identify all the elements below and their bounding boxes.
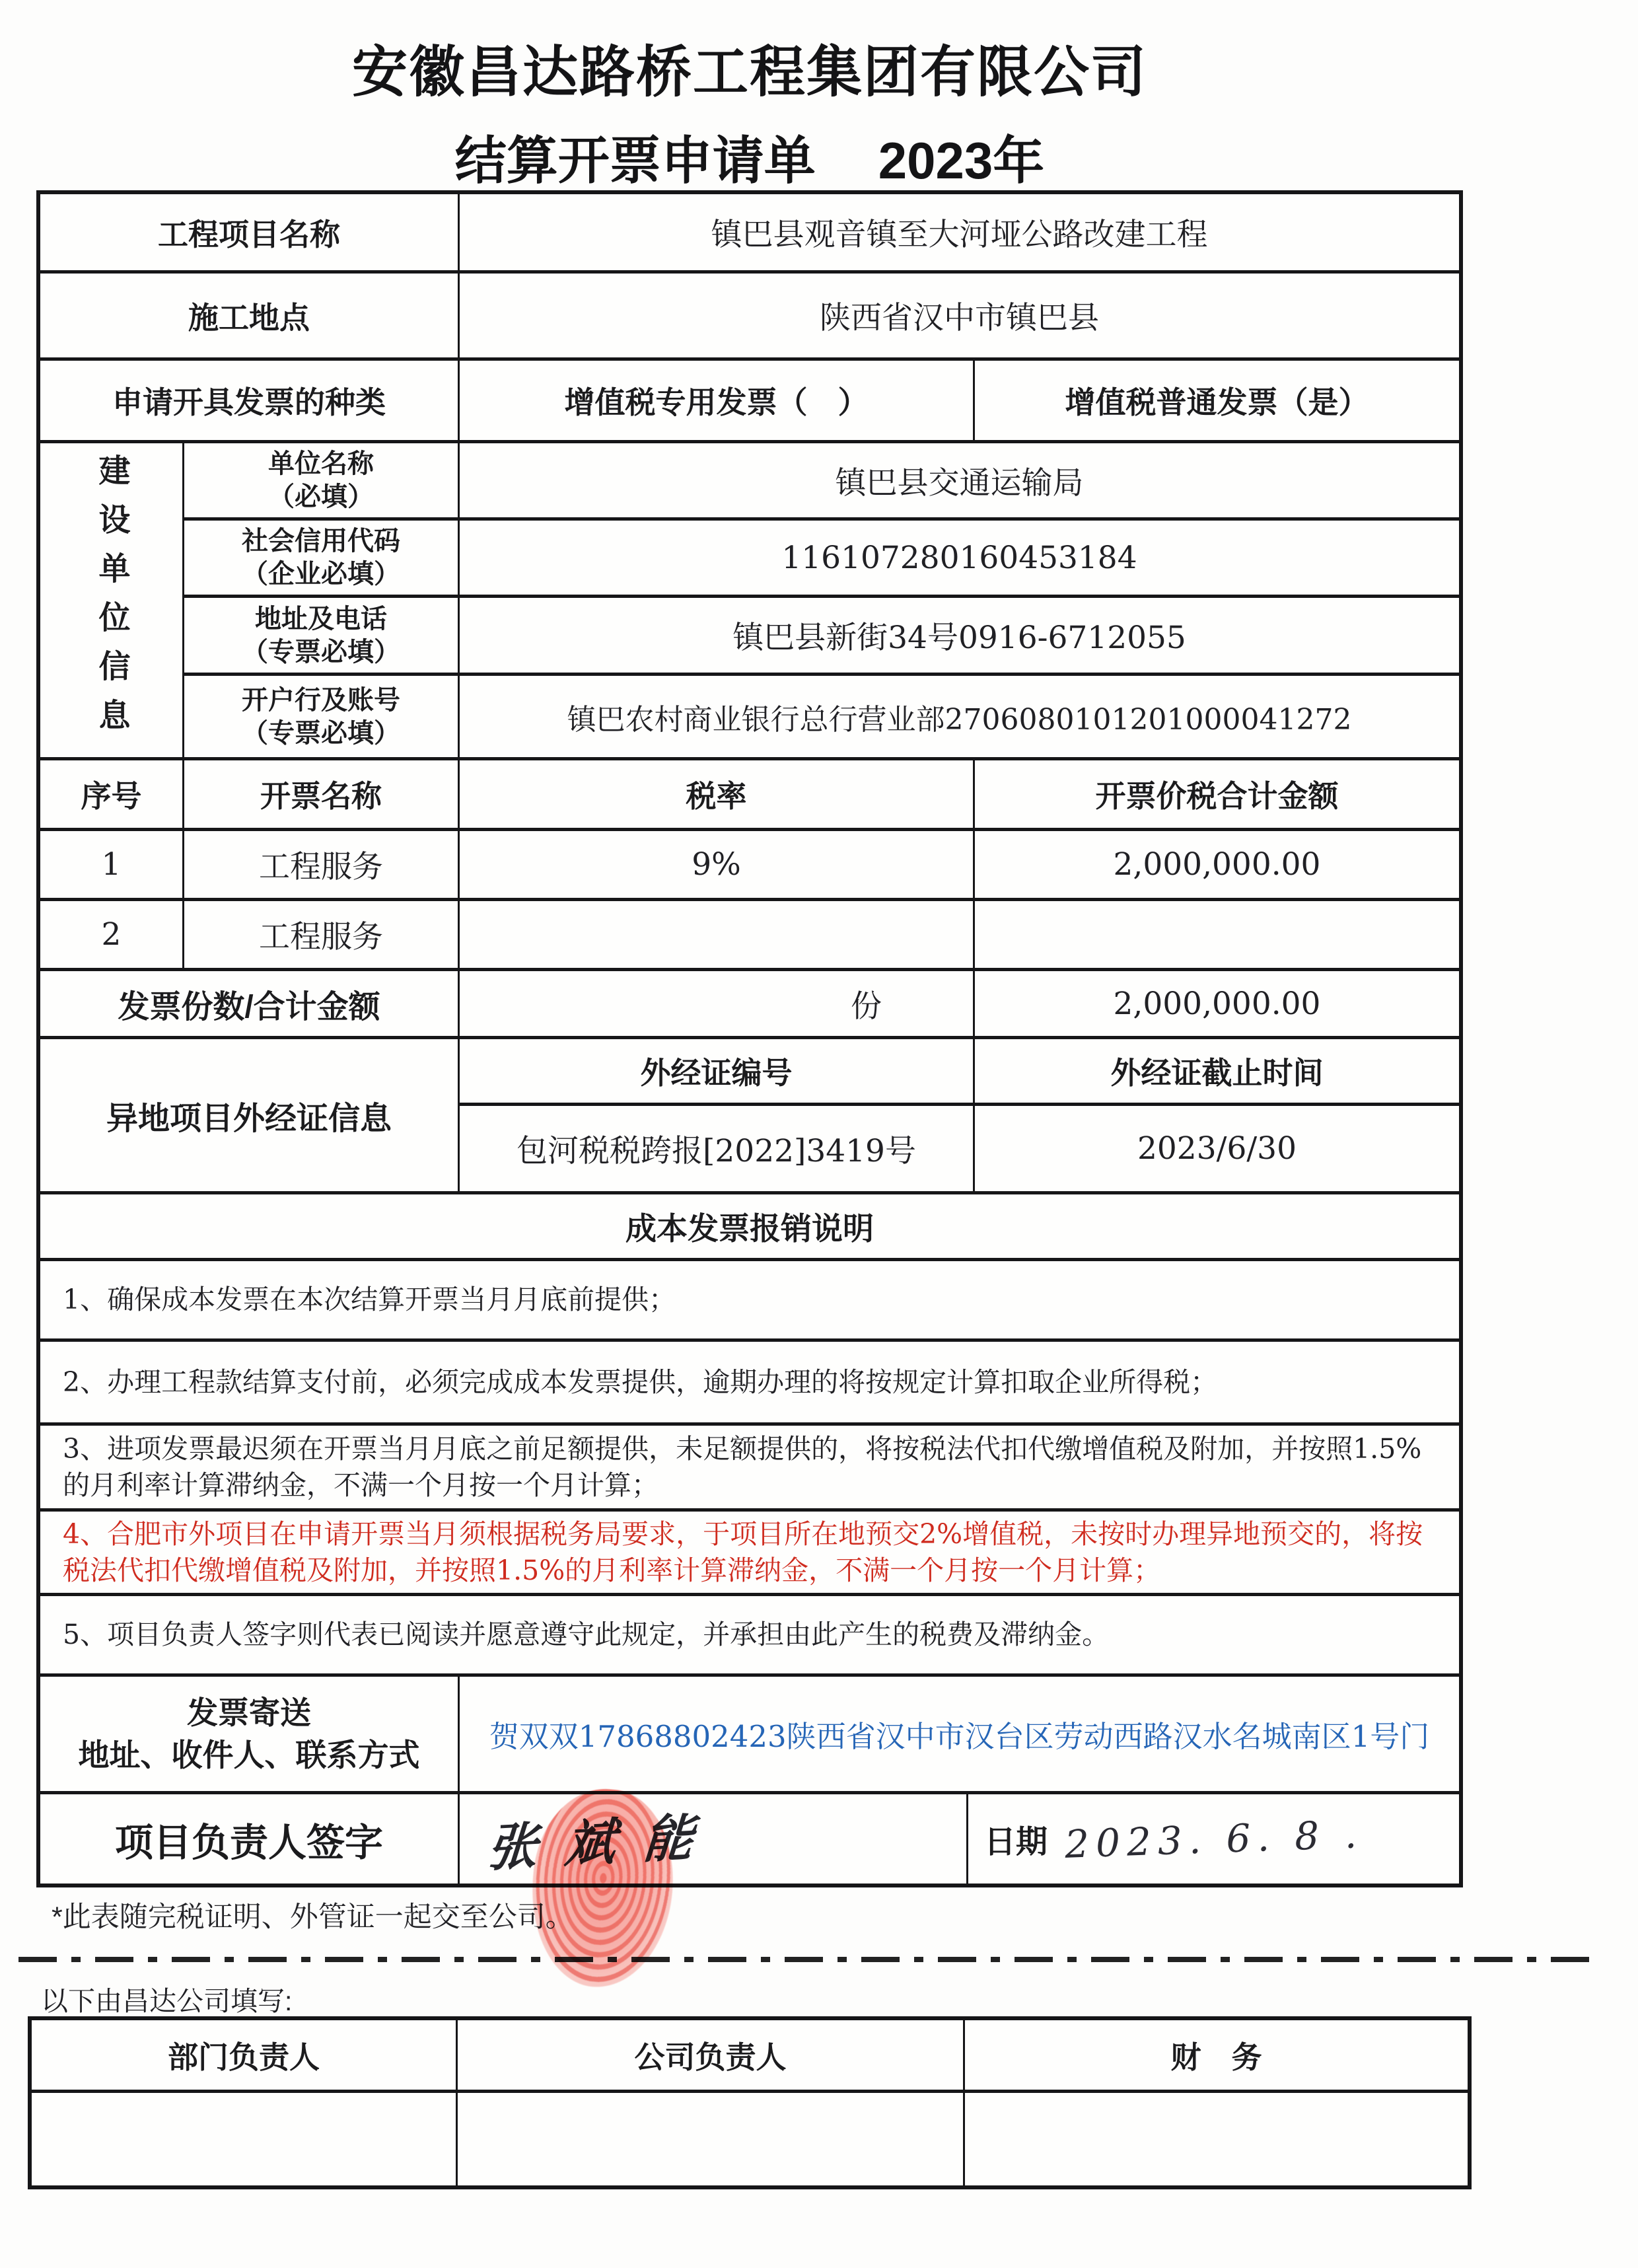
date-cell: 日期 2023. 6. 8 . [968, 1794, 1459, 1884]
col-header-no: 序号 [40, 760, 184, 828]
location-value: 陕西省汉中市镇巴县 [460, 274, 1459, 357]
invoice-row-1-no: 1 [40, 831, 184, 898]
owner-info-section: 建设单位信息 单位名称 （必填） 镇巴县交通运输局 社会信用代码 （企业必填） … [40, 443, 1459, 760]
invoice-total-row: 发票份数/合计金额 份 2,000,000.00 [40, 971, 1459, 1039]
company-fill-label: 以下由昌达公司填写: [41, 1979, 292, 2018]
row-location: 施工地点 陕西省汉中市镇巴县 [40, 274, 1459, 361]
owner-section-label: 建设单位信息 [40, 443, 184, 757]
delivery-row: 发票寄送 地址、收件人、联系方式 贺双双17868802423陕西省汉中市汉台区… [40, 1677, 1459, 1794]
owner-row-credit-code: 社会信用代码 （企业必填） 116107280160453184 [184, 521, 1459, 598]
owner-address-label: 地址及电话 （专票必填） [184, 598, 460, 673]
col-header-rate: 税率 [460, 760, 975, 828]
approval-dept-header: 部门负责人 [32, 2020, 458, 2090]
waijingzheng-deadline-value: 2023/6/30 [975, 1106, 1459, 1191]
dashed-separator [18, 1957, 1598, 1962]
invoice-table-header: 序号 开票名称 税率 开票价税合计金额 [40, 760, 1459, 831]
date-handwritten: 2023. 6. 8 . [1064, 1811, 1364, 1867]
cost-note-4-row: 4、合肥市外项目在申请开票当月须根据税务局要求，于项目所在地预交2%增值税，未按… [40, 1512, 1459, 1596]
owner-row-bank-account: 开户行及账号 （专票必填） 镇巴农村商业银行总行营业部2706080101201… [184, 676, 1459, 757]
cost-note-3-row: 3、进项发票最迟须在开票当月月底之前足额提供，未足额提供的，将按税法代扣代缴增值… [40, 1426, 1459, 1512]
waijingzheng-deadline-header: 外经证截止时间 [975, 1039, 1459, 1103]
date-label: 日期 [984, 1816, 1048, 1862]
owner-credit-code-value: 116107280160453184 [460, 521, 1459, 595]
approval-table: 部门负责人 公司负责人 财 务 [28, 2016, 1472, 2189]
owner-bank-value: 镇巴农村商业银行总行营业部2706080101201000041272 [460, 676, 1459, 757]
project-name-label: 工程项目名称 [40, 194, 460, 270]
waijingzheng-value-row: 包河税税跨报[2022]3419号 2023/6/30 [460, 1106, 1459, 1191]
waijingzheng-header-row: 外经证编号 外经证截止时间 [460, 1039, 1459, 1106]
location-label: 施工地点 [40, 274, 460, 357]
form-header: 安徽昌达路桥工程集团有限公司 结算开票申请单 2023年 [36, 28, 1463, 194]
owner-row-name: 单位名称 （必填） 镇巴县交通运输局 [184, 443, 1459, 521]
approval-header-row: 部门负责人 公司负责人 财 务 [32, 2020, 1468, 2093]
form-year: 2023年 [878, 120, 1045, 194]
waijingzheng-section: 异地项目外经证信息 外经证编号 外经证截止时间 包河税税跨报[2022]3419… [40, 1039, 1459, 1194]
invoice-total-label: 发票份数/合计金额 [40, 971, 460, 1036]
approval-finance-header: 财 务 [965, 2020, 1468, 2090]
invoice-row-1-amount: 2,000,000.00 [975, 831, 1459, 898]
invoice-row-1: 1 工程服务 9% 2,000,000.00 [40, 831, 1459, 901]
cost-note-1-row: 1、确保成本发票在本次结算开票当月月底前提供； [40, 1261, 1459, 1342]
row-invoice-kind: 申请开具发票的种类 增值税专用发票（ ） 增值税普通发票（是） [40, 361, 1459, 443]
delivery-label: 发票寄送 地址、收件人、联系方式 [40, 1677, 460, 1791]
waijingzheng-no-value: 包河税税跨报[2022]3419号 [460, 1106, 975, 1191]
cost-note-1: 1、确保成本发票在本次结算开票当月月底前提供； [40, 1261, 1459, 1338]
main-form-table: 工程项目名称 镇巴县观音镇至大河垭公路改建工程 施工地点 陕西省汉中市镇巴县 申… [36, 190, 1463, 1887]
cost-note-4-red: 4、合肥市外项目在申请开票当月须根据税务局要求，于项目所在地预交2%增值税，未按… [40, 1512, 1459, 1593]
approval-dept-signature-cell [32, 2093, 458, 2185]
invoice-kind-label: 申请开具发票的种类 [40, 361, 460, 440]
scanned-invoice-application-form: 安徽昌达路桥工程集团有限公司 结算开票申请单 2023年 工程项目名称 镇巴县观… [0, 0, 1638, 2268]
cost-note-2-row: 2、办理工程款结算支付前，必须完成成本发票提供，逾期办理的将按规定计算扣取企业所… [40, 1342, 1459, 1426]
invoice-total-amount: 2,000,000.00 [975, 971, 1459, 1036]
col-header-amount: 开票价税合计金额 [975, 760, 1459, 828]
cost-note-5-row: 5、项目负责人签字则代表已阅读并愿意遵守此规定，并承担由此产生的税费及滞纳金。 [40, 1596, 1459, 1677]
waijingzheng-no-header: 外经证编号 [460, 1039, 975, 1103]
owner-credit-code-label: 社会信用代码 （企业必填） [184, 521, 460, 595]
invoice-row-1-rate: 9% [460, 831, 975, 898]
owner-name-value: 镇巴县交通运输局 [460, 443, 1459, 517]
signature-label: 项目负责人签字 [40, 1794, 460, 1884]
owner-address-value: 镇巴县新街34号0916-6712055 [460, 598, 1459, 673]
waijingzheng-section-label: 异地项目外经证信息 [40, 1039, 460, 1191]
approval-finance-signature-cell [965, 2093, 1468, 2185]
cost-notes-header: 成本发票报销说明 [40, 1194, 1459, 1258]
cost-note-5: 5、项目负责人签字则代表已阅读并愿意遵守此规定，并承担由此产生的税费及滞纳金。 [40, 1596, 1459, 1673]
invoice-row-1-name: 工程服务 [184, 831, 460, 898]
owner-name-label: 单位名称 （必填） [184, 443, 460, 517]
owner-row-address-phone: 地址及电话 （专票必填） 镇巴县新街34号0916-6712055 [184, 598, 1459, 676]
approval-empty-row [32, 2093, 1468, 2185]
project-name-value: 镇巴县观音镇至大河垭公路改建工程 [460, 194, 1459, 270]
invoice-kind-special: 增值税专用发票（ ） [460, 361, 975, 440]
company-title: 安徽昌达路桥工程集团有限公司 [36, 28, 1463, 108]
cost-note-2: 2、办理工程款结算支付前，必须完成成本发票提供，逾期办理的将按规定计算扣取企业所… [40, 1342, 1459, 1422]
col-header-name: 开票名称 [184, 760, 460, 828]
cost-notes-header-row: 成本发票报销说明 [40, 1194, 1459, 1261]
cost-note-3: 3、进项发票最迟须在开票当月月底之前足额提供，未足额提供的，将按税法代扣代缴增值… [40, 1426, 1459, 1508]
form-title: 结算开票申请单 [455, 120, 816, 194]
invoice-row-2-name: 工程服务 [184, 901, 460, 968]
row-project-name: 工程项目名称 镇巴县观音镇至大河垭公路改建工程 [40, 194, 1459, 274]
invoice-row-2-no: 2 [40, 901, 184, 968]
approval-company-signature-cell [458, 2093, 965, 2185]
owner-bank-label: 开户行及账号 （专票必填） [184, 676, 460, 757]
invoice-row-2: 2 工程服务 [40, 901, 1459, 971]
approval-company-header: 公司负责人 [458, 2020, 965, 2090]
form-footnote: *此表随完税证明、外管证一起交至公司。 [52, 1895, 574, 1935]
delivery-value-handwritten: 贺双双17868802423陕西省汉中市汉台区劳动西路汉水名城南区1号门 [460, 1677, 1459, 1791]
invoice-row-2-amount [975, 901, 1459, 968]
invoice-total-unit: 份 [460, 971, 975, 1036]
invoice-row-2-rate [460, 901, 975, 968]
invoice-kind-general: 增值税普通发票（是） [975, 361, 1459, 440]
